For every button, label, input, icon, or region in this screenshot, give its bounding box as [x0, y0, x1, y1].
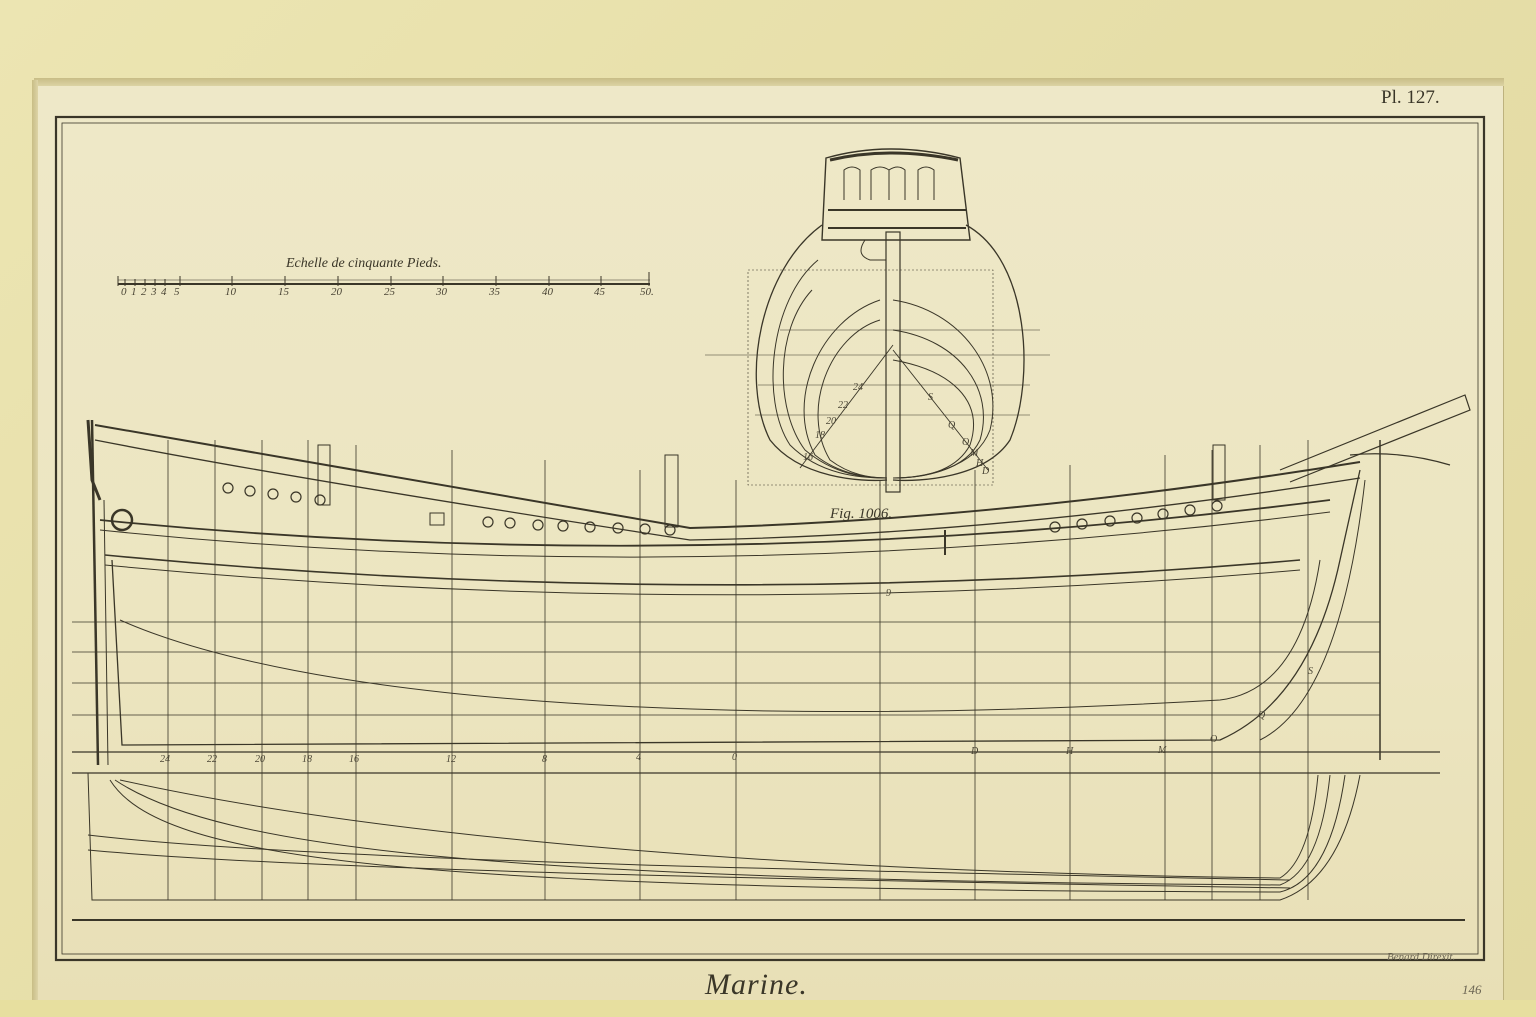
profile-station-label: Q	[1258, 710, 1265, 721]
profile-station-label: 4	[636, 752, 641, 763]
body-station-label: 18	[815, 430, 825, 441]
scale-tick-label: 0	[121, 286, 127, 298]
scale-tick-label: 3	[151, 286, 157, 298]
plate-number: Pl. 127.	[1381, 87, 1440, 109]
scale-tick-label: 25	[384, 286, 395, 298]
profile-station-label: O	[1210, 734, 1217, 745]
scale-tick-label: 45	[594, 286, 605, 298]
figure-label: Fig. 1006.	[830, 506, 892, 523]
scale-tick-label: 15	[278, 286, 289, 298]
scale-tick-label: 35	[489, 286, 500, 298]
body-station-label: 16	[803, 452, 813, 463]
scale-title: Echelle de cinquante Pieds.	[286, 256, 442, 272]
ship-plan-engraving	[0, 0, 1536, 1017]
profile-station-label: 24	[160, 754, 170, 765]
profile-drawing	[72, 395, 1470, 920]
body-station-label: Q	[948, 420, 955, 431]
profile-station-label: 20	[255, 754, 265, 765]
scale-tick-label: 1	[131, 286, 137, 298]
profile-station-label: 0	[732, 752, 737, 763]
profile-station-label: 12	[446, 754, 456, 765]
body-plan-drawing	[705, 149, 1050, 492]
scale-tick-label: 50.	[640, 286, 654, 298]
body-station-label: 20	[826, 416, 836, 427]
scale-tick-label: 20	[331, 286, 342, 298]
scale-tick-label: 5	[174, 286, 180, 298]
profile-station-label: M	[1158, 745, 1166, 756]
body-station-label: O	[962, 437, 969, 448]
scale-bar	[118, 272, 650, 286]
body-station-label: S	[928, 392, 933, 403]
profile-station-label: S	[1308, 666, 1313, 677]
engraver-signature: Benard Direxit.	[1387, 951, 1455, 963]
body-station-label: 24	[853, 382, 863, 393]
profile-station-label: D	[971, 746, 978, 757]
waterline-marker: 9	[886, 588, 891, 599]
profile-station-label: 8	[542, 754, 547, 765]
profile-station-label: 22	[207, 754, 217, 765]
scale-tick-label: 4	[161, 286, 167, 298]
plate-title: Marine.	[705, 968, 808, 1002]
profile-station-label: H	[1066, 746, 1073, 757]
page-number: 146	[1462, 982, 1482, 998]
scale-tick-label: 2	[141, 286, 147, 298]
body-station-label: D	[982, 466, 989, 477]
scale-tick-label: 40	[542, 286, 553, 298]
scale-tick-label: 10	[225, 286, 236, 298]
profile-station-label: 16	[349, 754, 359, 765]
scale-tick-label: 30	[436, 286, 447, 298]
body-station-label: 22	[838, 400, 848, 411]
profile-station-label: 18	[302, 754, 312, 765]
